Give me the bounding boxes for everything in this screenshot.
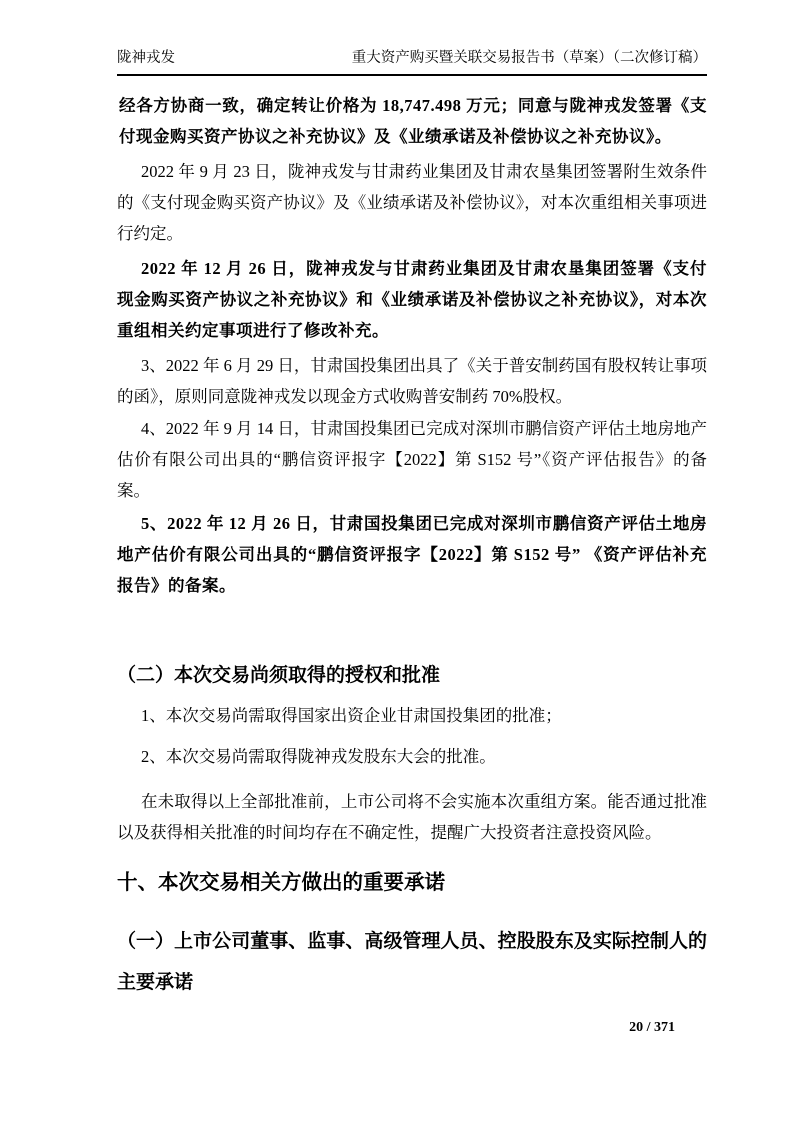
paragraph-item-5: 5、2022 年 12 月 26 日，甘肃国投集团已完成对深圳市鹏信资产评估土地… — [117, 508, 707, 601]
page-content: 陇神戎发 重大资产购买暨关联交易报告书（草案）（二次修订稿） 经各方协商一致，确… — [117, 0, 707, 1003]
document-page: 陇神戎发 重大资产购买暨关联交易报告书（草案）（二次修订稿） 经各方协商一致，确… — [0, 0, 793, 1122]
header-company-name: 陇神戎发 — [117, 48, 175, 68]
heading-section-1-major-commitments: （一）上市公司董事、监事、高级管理人员、控股股东及实际控制人的主要承诺 — [117, 921, 707, 1003]
paragraph-continuation: 经各方协商一致，确定转让价格为 18,747.498 万元；同意与陇神戎发签署《… — [117, 90, 707, 152]
paragraph-item-4: 4、2022 年 9 月 14 日，甘肃国投集团已完成对深圳市鹏信资产评估土地房… — [117, 413, 707, 506]
paragraph-approval-2: 2、本次交易尚需取得陇神戎发股东大会的批准。 — [117, 741, 707, 772]
header-report-title: 重大资产购买暨关联交易报告书（草案）（二次修订稿） — [352, 48, 707, 68]
page-header: 陇神戎发 重大资产购买暨关联交易报告书（草案）（二次修订稿） — [117, 0, 707, 76]
paragraph-approval-1: 1、本次交易尚需取得国家出资企业甘肃国投集团的批准； — [117, 700, 707, 731]
paragraph-2022-12-26: 2022 年 12 月 26 日，陇神戎发与甘肃药业集团及甘肃农垦集团签署《支付… — [117, 253, 707, 346]
paragraph-item-3: 3、2022 年 6 月 29 日，甘肃国投集团出具了《关于普安制药国有股权转让… — [117, 350, 707, 412]
page-number: 20 / 371 — [629, 1020, 675, 1036]
heading-chapter-10-commitments: 十、本次交易相关方做出的重要承诺 — [117, 867, 707, 899]
paragraph-2022-09-23: 2022 年 9 月 23 日，陇神戎发与甘肃药业集团及甘肃农垦集团签署附生效条… — [117, 156, 707, 249]
paragraph-risk-note: 在未取得以上全部批准前，上市公司将不会实施本次重组方案。能否通过批准以及获得相关… — [117, 786, 707, 848]
heading-section-2-authorizations: （二）本次交易尚须取得的授权和批准 — [117, 661, 707, 691]
